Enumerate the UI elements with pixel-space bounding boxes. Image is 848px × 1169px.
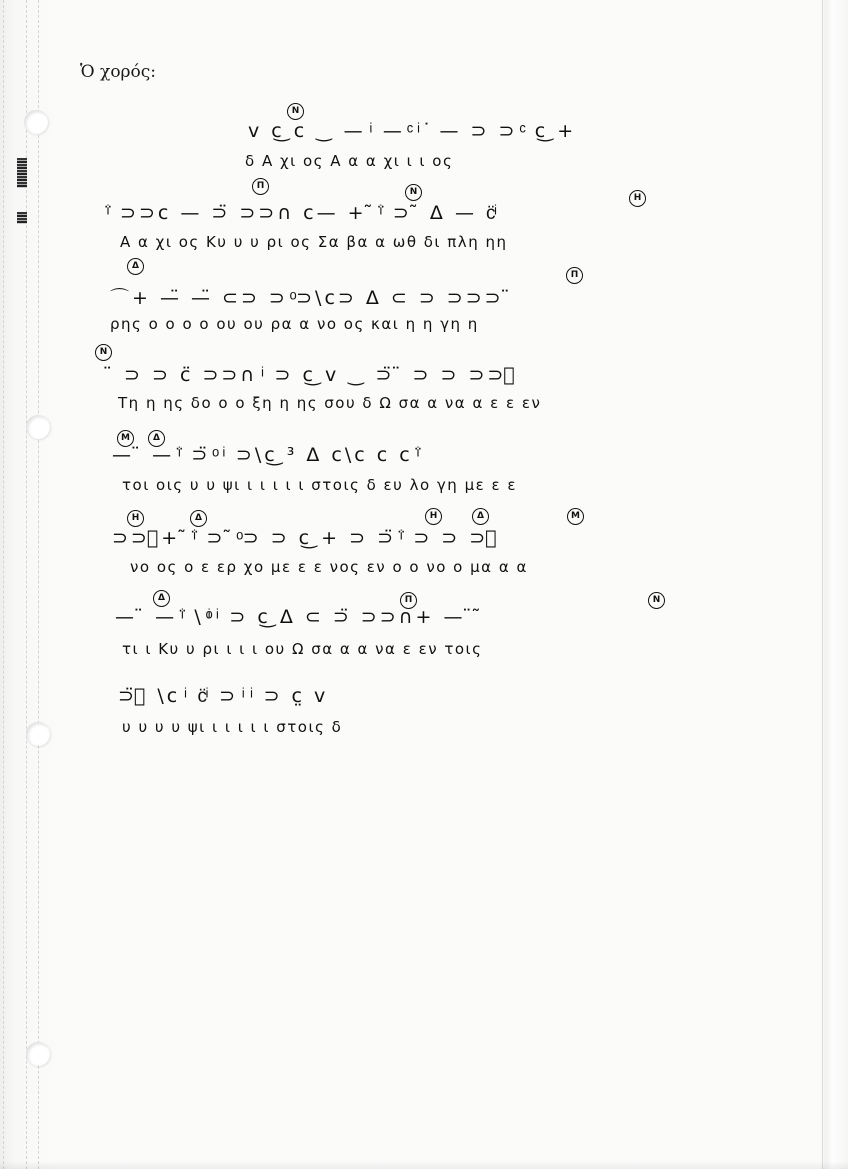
lyric-row: Τη η ης δο ο ο ξη η ης σου δ Ω σα α να α… xyxy=(118,394,541,412)
martyria-sign: H xyxy=(629,190,646,207)
lyric-row: τι ι Κυ υ ρι ι ι ι ου Ω σα α α να ε εν τ… xyxy=(122,640,482,658)
martyria-sign: N xyxy=(648,592,665,609)
neume-row: v c͜ c ‿ — ͥ — ͨ ͥ ͘ — ⊃ ⊃ ͨ c͜ + xyxy=(248,120,576,143)
lyric-row: δ Α χι ος Α α α χι ι ι ος xyxy=(245,152,453,170)
neume-row: ⊃̈ͥ \c ͥ c̈ͥ ⊃ ͥ ͥ ⊃ c̤ v xyxy=(118,685,328,708)
martyria-sign: Δ xyxy=(472,508,489,525)
neume-row: — ̈ — ͥ̈ ⊃̈ ͦ ͥ ⊃\c͜ ³ Δ c\c c c ͥ̈ xyxy=(112,444,421,467)
martyria-sign: Δ xyxy=(190,510,207,527)
martyria-sign: N xyxy=(405,184,422,201)
margin-line xyxy=(38,0,39,1169)
martyria-sign: M xyxy=(567,508,584,525)
neume-row: ͥ̈ ⊃⊃c — ⊃̈ ⊃⊃∩ c— + ͂ ͥ̈ ⊃ ͂ Δ — c̈ͥ xyxy=(108,202,499,225)
martyria-sign: Π xyxy=(566,267,583,284)
martyria-sign: N xyxy=(287,103,304,120)
lyric-row: υ υ υ υ ψι ι ι ι ι ι στοις δ xyxy=(122,718,342,736)
margin-line xyxy=(3,0,4,1169)
barcode-icon xyxy=(17,158,27,188)
martyria-sign: Δ xyxy=(153,590,170,607)
punch-hole-icon xyxy=(26,415,50,439)
page-edge xyxy=(822,0,823,1169)
martyria-sign: H xyxy=(425,508,442,525)
punch-hole-icon xyxy=(24,110,48,134)
martyria-sign: N xyxy=(95,344,112,361)
martyria-sign: H xyxy=(127,510,144,527)
lyric-row: νο ος ο ε ερ χο με ε ε νος εν ο ο νο ο μ… xyxy=(130,558,528,576)
martyria-sign: Π xyxy=(252,178,269,195)
lyric-row: ρης ο ο ο ο ου ου ρα α νο ος και η η γη … xyxy=(110,315,479,333)
scanned-page: Ὁ χορός: N v c͜ c ‿ — ͥ — ͨ ͥ ͘ — ⊃ ⊃ ͨ … xyxy=(0,0,848,1169)
neume-row: — ̈ — ͥ̈ \ ͦͥ ͥ ⊃ c͜ Δ ⊂ ⊃̈ ⊃⊃∩+ — ̈ ͂ xyxy=(115,606,484,629)
page-heading: Ὁ χορός: xyxy=(80,62,156,82)
neume-row: ⌒+ —̈ —̈ ⊂⊃ ⊃ ͦ⊃\c⊃ Δ ⊂ ⊃ ⊃⊃⊃ ̈ xyxy=(110,283,513,310)
lyric-row: τοι οις υ υ ψι ι ι ι ι ι στοις δ ευ λο γ… xyxy=(122,476,517,494)
barcode-icon xyxy=(17,212,27,224)
punch-hole-icon xyxy=(26,1042,50,1066)
scan-shadow xyxy=(0,1161,848,1169)
martyria-sign: Δ xyxy=(127,258,144,275)
neume-row: ̈ ⊃ ⊃ c̈ ⊃⊃∩ ͥ ⊃ c͜ v ‿ ⊃̈ ̈ ⊃ ⊃ ⊃⊃ͥ xyxy=(112,364,518,387)
neume-row: ⊃⊃ͥ+ ͂ ͥ̈ ⊃ ͂ ͦ⊃ ⊃ c͜ + ⊃ ⊃̈ ͥ̈ ⊃ ⊃ ⊃ͥ xyxy=(112,527,500,550)
lyric-row: Α α χι ος Κυ υ υ ρι ος Σα βα α ωθ δι πλη… xyxy=(120,233,507,251)
punch-hole-icon xyxy=(26,722,50,746)
